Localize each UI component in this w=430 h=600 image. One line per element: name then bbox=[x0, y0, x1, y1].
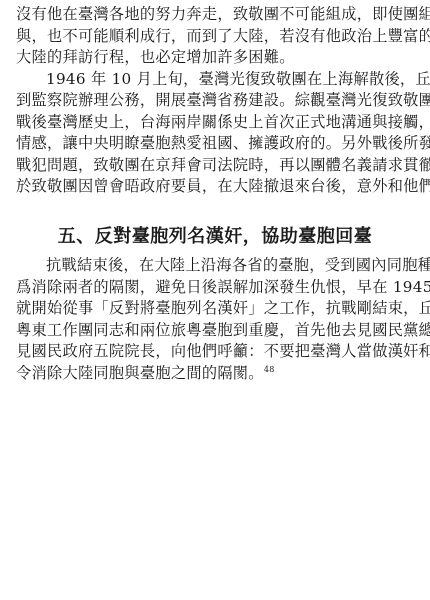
text-line: 戰後臺灣歷史上，台海兩岸關係史上首次正式地溝通與接觸，是疏解兩岸人民 bbox=[16, 113, 416, 131]
text-line: 到監察院辦理公務，開展臺灣省務建設。綜觀臺灣光復致敬團的成效果而言， bbox=[16, 91, 416, 109]
document-page: 沒有他在臺灣各地的努力奔走，致敬團不可能組成，即使團組成了，沒有他參 與，也不可… bbox=[0, 0, 430, 600]
text-line: 就開始從事「反對將臺胞列名漢奸」之工作，抗戰剛結束，丘念台即帶了一位 bbox=[16, 299, 416, 317]
section-heading: 五、反對臺胞列名漢奸，協助臺胞回臺 bbox=[0, 222, 430, 248]
text-line: 令消除大陸同胞與臺胞之間的隔閡。48 bbox=[16, 364, 416, 382]
text-span: 令消除大陸同胞與臺胞之間的隔閡。 bbox=[16, 364, 264, 382]
text-line: 沒有他在臺灣各地的努力奔走，致敬團不可能組成，即使團組成了，沒有他參 bbox=[16, 5, 416, 23]
text-line: 抗戰結束後，在大陸上沿海各省的臺胞，受到國內同胞種種壓迫，丘念台 bbox=[46, 256, 416, 274]
text-line: 爲消除兩者的隔閡，避免日後誤解加深發生仇恨，早在 1945 年 11 月，丘念台 bbox=[16, 278, 416, 296]
text-line: 戰犯問題，致敬團在京拜會司法院時，再以團體名義請求貫徹寬辦的前令。至 bbox=[16, 156, 416, 174]
footnote-ref[interactable]: 48 bbox=[264, 365, 275, 374]
text-line: 大陸的拜訪行程，也必定增加許多困難。 bbox=[16, 48, 416, 66]
text-line: 情感，讓中央明瞭臺胞熱愛祖國、擁護政府的。另外戰後所發生的臺灣漢奸和 bbox=[16, 134, 416, 152]
text-line: 於致敬團因曾會晤政府要員，在大陸撤退來台後，意外和他們再度接觸。如二 bbox=[16, 177, 416, 195]
text-line: 1946 年 10 月上旬，臺灣光復致敬團在上海解散後，丘念台返回南京，每日 bbox=[46, 70, 416, 88]
text-line: 粵東工作團同志和兩位旅粵臺胞到重慶，首先他去見國民黨總裁蔣介石，其次 bbox=[16, 321, 416, 339]
text-line: 與，也不可能順利成行，而到了大陸，若沒有他政治上豐富的人脈，致敬團在 bbox=[16, 27, 416, 45]
text-line: 見國民政府五院院長，向他們呼籲：不要把臺灣人當做漢奸和戰犯辦理，並通 bbox=[16, 342, 416, 360]
